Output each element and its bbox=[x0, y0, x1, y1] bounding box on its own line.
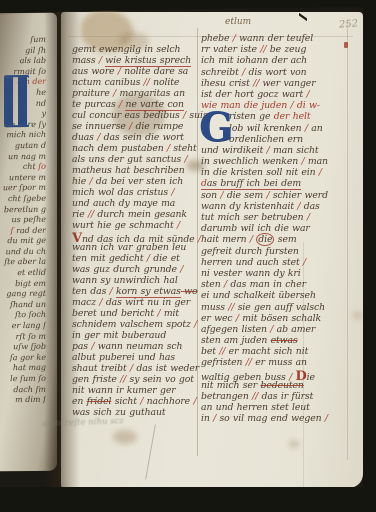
text-line: nit wann ir kumer ger bbox=[72, 385, 200, 396]
text-line: afgegen listen / ab amer bbox=[201, 324, 361, 335]
text-segment: gutan d bbox=[15, 141, 46, 150]
text-line: us peſhe bbox=[0, 215, 46, 226]
text-line: un nag m bbox=[0, 151, 46, 162]
folio-number: 252 bbox=[339, 18, 359, 30]
text-segment: / bbox=[86, 176, 96, 187]
text-segment: der helt bbox=[274, 111, 311, 122]
text-segment: us peſhe bbox=[11, 215, 46, 224]
text-segment: cul concur eas bedibus bbox=[72, 110, 180, 121]
text-segment: ten mit gedicht bbox=[72, 253, 143, 264]
text-segment: und du ch bbox=[6, 247, 46, 256]
text-line: und auch dy maye ma bbox=[72, 198, 200, 209]
text-line: in / so vil mag end wegen / bbox=[201, 413, 361, 424]
text-line: ich mit iohann der ach bbox=[201, 55, 361, 66]
text-segment: son bbox=[201, 190, 217, 201]
text-line: gil ſh bbox=[0, 45, 46, 56]
text-segment: / bbox=[232, 313, 242, 324]
text-segment: sie gen auff valsch bbox=[238, 302, 325, 313]
text-line: waltig geben buss / Die bbox=[201, 369, 361, 380]
text-line: schnidem valschem spotz / bbox=[72, 319, 200, 330]
text-line: gutan d bbox=[0, 141, 46, 152]
ink-mark bbox=[299, 12, 307, 22]
text-segment: sem bbox=[274, 234, 296, 245]
text-segment: ihesu crist bbox=[201, 78, 250, 89]
text-line: in ger mit buberaud bbox=[72, 330, 200, 341]
text-line: gefristen // er muss an bbox=[201, 357, 361, 368]
text-segment: mit bösen schalk bbox=[242, 313, 321, 324]
text-segment: bedeuten bbox=[260, 380, 303, 391]
text-line: sten / das man in cher bbox=[201, 279, 361, 290]
text-line: son / die sem / schier werd bbox=[201, 190, 361, 201]
text-segment: / bbox=[229, 33, 239, 44]
text-line: wann ich var graben leu bbox=[72, 242, 200, 253]
text-line: darumb wil ich die war bbox=[201, 223, 361, 234]
text-segment: wann neuman sch bbox=[98, 341, 183, 352]
text-segment: ie bbox=[307, 372, 315, 383]
text-line: ſum bbox=[0, 35, 46, 46]
text-segment: nit wann ir kumer ger bbox=[72, 385, 176, 396]
text-line: praiture / margaritas an bbox=[72, 88, 200, 99]
text-segment: / bbox=[177, 264, 183, 275]
text-segment: / bbox=[322, 413, 328, 424]
text-segment: margaritas an bbox=[120, 88, 185, 99]
text-line: dach ſm bbox=[0, 384, 46, 395]
text-line: er lang ſ bbox=[0, 321, 46, 332]
text-line: was guz durch grunde / bbox=[72, 264, 200, 275]
text-segment: das ir fürst bbox=[262, 391, 314, 402]
book-gutter-shadow bbox=[44, 6, 80, 488]
text-line: et etlid bbox=[0, 268, 46, 279]
text-segment: sten bbox=[201, 279, 221, 290]
text-segment: se innuerse bbox=[72, 121, 126, 132]
text-line: ni vester wann dy kri bbox=[201, 268, 361, 279]
text-segment: die et bbox=[153, 253, 180, 264]
text-line: ſ rad der bbox=[0, 226, 46, 237]
text-segment: gemt ewengilg in selch bbox=[72, 44, 180, 55]
text-segment: // bbox=[225, 302, 238, 313]
text-segment: gefreit durch fursten bbox=[201, 246, 299, 257]
text-segment: das wirt nu in ger bbox=[106, 297, 190, 308]
text-segment: m dim ſ bbox=[15, 395, 46, 404]
text-segment: hat mag bbox=[13, 363, 46, 372]
text-segment: mich wol das cristus bbox=[72, 187, 168, 198]
text-line: gang regt bbox=[0, 289, 46, 300]
text-line: ſa gor ke bbox=[0, 353, 46, 364]
text-segment: / bbox=[221, 279, 231, 290]
text-segment: als uns der gut sanctus bbox=[72, 154, 181, 165]
text-segment: muss bbox=[201, 302, 225, 313]
text-segment: / bbox=[239, 67, 249, 78]
text-segment: cht bbox=[23, 162, 38, 171]
text-segment: nolite bbox=[153, 77, 179, 88]
text-line: beretlun g bbox=[0, 204, 46, 215]
text-segment: / bbox=[116, 99, 126, 110]
text-segment: / bbox=[168, 187, 174, 198]
text-segment: rr vater iste bbox=[201, 44, 257, 55]
text-segment: in swechlich wenken bbox=[201, 156, 298, 167]
text-line: ſhand un bbox=[0, 300, 46, 311]
text-segment: risten ge bbox=[229, 111, 274, 122]
text-segment: das ist weder bbox=[136, 363, 199, 374]
text-segment: / bbox=[110, 88, 120, 99]
text-line: er wec / mit bösen schalk bbox=[201, 313, 361, 324]
text-segment: wer vanger bbox=[263, 78, 316, 89]
text-segment: / bbox=[96, 55, 106, 66]
text-segment: albut puberei und has bbox=[72, 352, 175, 363]
text-segment: wo bbox=[181, 286, 198, 297]
text-segment: / bbox=[304, 212, 310, 223]
text-segment: as bruff ich bei dem bbox=[207, 178, 301, 190]
text-line: ſto ſoch bbox=[0, 310, 46, 321]
text-line: uer ſpor m bbox=[0, 183, 46, 194]
text-line: nctum canibus // nolite bbox=[72, 77, 200, 88]
text-line: te purcas / ne varte con bbox=[72, 99, 200, 110]
text-segment: / bbox=[180, 110, 190, 121]
text-segment: / bbox=[154, 308, 164, 319]
text-segment: hait mern bbox=[201, 234, 247, 245]
text-segment: le ſum ſo bbox=[10, 374, 46, 383]
text-line: schreibt / dis wort von bbox=[201, 67, 361, 78]
text-segment: ich mit iohann der ach bbox=[201, 55, 307, 66]
text-segment: in bbox=[201, 413, 210, 424]
text-line: hat mag bbox=[0, 363, 46, 374]
text-segment: ſhand un bbox=[10, 300, 46, 309]
text-segment: rad der bbox=[16, 226, 46, 235]
text-segment: man sicht bbox=[273, 145, 319, 156]
text-segment: sten am juden bbox=[201, 335, 271, 346]
text-segment: ab amer bbox=[277, 324, 316, 335]
text-line: mich nich bbox=[0, 130, 46, 141]
text-segment: er wec bbox=[201, 313, 232, 324]
text-line: albut puberei und has bbox=[72, 352, 200, 363]
text-column-right: phebe / wann der teufelrr vater iste // … bbox=[201, 33, 361, 425]
text-segment: / bbox=[164, 143, 174, 154]
text-segment: die bbox=[256, 233, 274, 246]
text-segment: ſto ſoch bbox=[15, 310, 46, 319]
text-segment: / bbox=[127, 363, 137, 374]
text-line: sten am juden etwas bbox=[201, 335, 361, 346]
text-segment: nit mich ser bbox=[201, 380, 260, 391]
text-line: pas / wann neuman sch bbox=[72, 341, 200, 352]
text-segment: schnidem valschem spotz bbox=[72, 319, 191, 330]
text-line: mass / wie kristus sprech bbox=[72, 55, 200, 66]
text-line: als lab bbox=[0, 56, 46, 67]
text-line: aus wore / nolite dare sa bbox=[72, 66, 200, 77]
text-segment: / bbox=[263, 190, 273, 201]
text-line: tut mich ser betruben / bbox=[201, 212, 361, 223]
text-segment: das man in cher bbox=[230, 279, 306, 290]
text-line: ten mit gedicht / die et bbox=[72, 253, 200, 264]
text-line: shaut treibt / das ist weder bbox=[72, 363, 200, 374]
text-line: gefreit durch fursten bbox=[201, 246, 361, 257]
text-segment: matheus hat beschriben bbox=[72, 165, 185, 176]
text-line: rmgit ſo bbox=[0, 67, 46, 78]
text-segment: bigt em bbox=[15, 279, 46, 288]
text-segment: / bbox=[137, 396, 147, 407]
text-segment: das bbox=[304, 201, 320, 212]
photo-frame-bottom bbox=[0, 487, 376, 512]
text-segment: die rumpe bbox=[136, 121, 184, 132]
text-line: rſt ſo m bbox=[0, 331, 46, 342]
manuscript-photo: ſumgil ſhals labrmgit ſoam derhendyee bo… bbox=[0, 0, 376, 512]
text-segment: ni vester wann dy kri bbox=[201, 268, 301, 279]
text-segment: betrangen bbox=[201, 391, 249, 402]
text-segment: / bbox=[96, 297, 106, 308]
text-segment: gefristen bbox=[201, 357, 242, 368]
text-line: beret und bericht / mit bbox=[72, 308, 200, 319]
blue-lombard-initial: G bbox=[199, 108, 229, 150]
text-line: ihesu crist // wer vanger bbox=[201, 78, 361, 89]
text-segment: man bbox=[308, 156, 328, 167]
text-segment: was guz durch grunde bbox=[72, 264, 177, 275]
text-segment: dis wort von bbox=[249, 67, 307, 78]
text-segment: / bbox=[94, 132, 104, 143]
text-line: ei und schalkeit überseh bbox=[201, 290, 361, 301]
text-line: gemt ewengilg in selch bbox=[72, 44, 200, 55]
text-segment: durch mein gesank bbox=[97, 209, 186, 220]
text-segment: schreibt bbox=[201, 67, 239, 78]
text-segment: etwas bbox=[271, 335, 298, 346]
text-segment: / bbox=[126, 121, 136, 132]
text-line: Vnd das ich da mit sünde / bbox=[72, 231, 200, 242]
text-segment: mich nich bbox=[6, 130, 46, 139]
text-segment: rſt ſo m bbox=[16, 331, 46, 340]
text-segment: wurt hie ge schmacht bbox=[72, 220, 174, 231]
text-segment: / bbox=[217, 190, 227, 201]
text-segment: darumb wil ich die war bbox=[201, 223, 310, 234]
text-segment: afgegen listen bbox=[201, 324, 267, 335]
text-segment: // bbox=[257, 44, 270, 55]
text-line: m dim ſ bbox=[0, 395, 46, 406]
text-segment: gang regt bbox=[6, 289, 46, 298]
text-line: duas / das sein die wort bbox=[72, 132, 200, 143]
text-segment: er muss an bbox=[255, 357, 307, 368]
text-segment: in ger mit buberaud bbox=[72, 330, 166, 341]
text-segment: / bbox=[174, 220, 180, 231]
text-segment: die sem bbox=[227, 190, 263, 201]
text-line: ten das / korn sy etwas wo bbox=[72, 286, 200, 297]
text-segment: so vil mag end wegen bbox=[220, 413, 322, 424]
text-segment: / bbox=[294, 201, 304, 212]
photo-frame-right bbox=[363, 0, 376, 512]
text-segment: / bbox=[195, 234, 201, 245]
text-segment: // bbox=[85, 209, 98, 220]
text-segment: mit bbox=[164, 308, 179, 319]
text-line: hait mern / die sem bbox=[201, 234, 361, 245]
text-line: in swechlich wenken / man bbox=[201, 156, 361, 167]
text-segment: bet bbox=[201, 346, 216, 357]
text-line: le ſum ſo bbox=[0, 374, 46, 385]
text-segment: / bbox=[143, 253, 153, 264]
parchment-stain bbox=[289, 440, 299, 448]
text-segment: un nag m bbox=[8, 151, 46, 160]
text-segment: phebe bbox=[201, 33, 229, 44]
text-line: wurt hie ge schmacht / bbox=[72, 220, 200, 231]
text-segment: als lab bbox=[20, 56, 46, 65]
text-line: du mit ge bbox=[0, 236, 46, 247]
text-segment: sicht bbox=[111, 396, 137, 407]
text-line: hie / da bei ver sten ich bbox=[72, 176, 200, 187]
text-segment: // bbox=[216, 346, 229, 357]
text-segment: dach ſm bbox=[13, 384, 46, 393]
text-segment: / bbox=[302, 123, 312, 134]
text-segment: // bbox=[242, 357, 255, 368]
text-segment: / bbox=[114, 66, 124, 77]
text-segment: tut mich ser betruben bbox=[201, 212, 304, 223]
text-segment: / bbox=[247, 234, 257, 245]
text-segment: untere m bbox=[9, 173, 46, 182]
text-segment: ist der hort gocz wart bbox=[201, 89, 303, 100]
text-segment: wann sy unwirdich hal bbox=[72, 275, 178, 286]
text-line: nach dem pustaben / steht bbox=[72, 143, 200, 154]
text-line: cht ſgebe bbox=[0, 194, 46, 205]
text-segment: ordenlichen ern bbox=[229, 134, 303, 145]
text-segment: // bbox=[250, 78, 263, 89]
text-segment: shaut treibt bbox=[72, 363, 127, 374]
text-segment: wann dy kristenhait bbox=[201, 201, 294, 212]
text-line: en fridel sicht / nachhore / bbox=[72, 396, 200, 407]
text-segment: nach dem pustaben bbox=[72, 143, 164, 154]
text-segment: in die kristen soll nit ein bbox=[201, 167, 316, 178]
text-segment: an bbox=[311, 123, 322, 134]
text-segment: / bbox=[106, 286, 116, 297]
text-segment: steht bbox=[173, 143, 196, 154]
text-line: macz / das wirt nu in ger bbox=[72, 297, 200, 308]
text-line: in die kristen soll nit ein / bbox=[201, 167, 361, 178]
text-segment: d bbox=[201, 178, 207, 190]
text-segment: er macht sich nit bbox=[229, 346, 309, 357]
text-line: se innuerse / die rumpe bbox=[72, 121, 200, 132]
text-segment: er lang ſ bbox=[12, 321, 46, 330]
text-line: untere m bbox=[0, 173, 46, 184]
text-segment: an und herren stet leut bbox=[201, 402, 310, 413]
text-line: das bruff ich bei dem bbox=[201, 178, 361, 189]
text-line: als uns der gut sanctus / bbox=[72, 154, 200, 165]
text-line: an und herren stet leut bbox=[201, 402, 361, 413]
text-segment: / bbox=[190, 396, 196, 407]
facing-page-blue-initial bbox=[4, 77, 29, 125]
text-segment: ſa gor ke bbox=[10, 353, 46, 362]
text-segment: da bei ver sten ich bbox=[96, 176, 183, 187]
text-column-left: gemt ewengilg in selchmass / wie kristus… bbox=[72, 44, 200, 418]
text-segment: sy sein vo got bbox=[130, 374, 194, 385]
text-segment: / bbox=[191, 319, 197, 330]
text-segment: schier werd bbox=[273, 190, 328, 201]
text-segment: / bbox=[303, 89, 309, 100]
text-segment: // bbox=[140, 77, 153, 88]
text-line: herren und auch stet / bbox=[201, 257, 361, 268]
text-segment: / bbox=[88, 341, 98, 352]
parchment-stain bbox=[113, 430, 137, 444]
text-line: rr vater iste // be zeug bbox=[201, 44, 361, 55]
text-line: cht ſo bbox=[0, 162, 46, 173]
text-segment: / bbox=[298, 156, 308, 167]
text-segment: lob wil krenken bbox=[229, 123, 302, 134]
text-segment: et etlid bbox=[17, 268, 46, 277]
text-segment: / bbox=[210, 413, 220, 424]
text-segment: beret und bericht bbox=[72, 308, 154, 319]
text-segment: / bbox=[267, 324, 277, 335]
text-segment: und auch dy maye ma bbox=[72, 198, 175, 209]
text-segment: be zeug bbox=[270, 44, 307, 55]
text-line: ſte aber la bbox=[0, 257, 46, 268]
text-segment: / bbox=[263, 145, 273, 156]
text-segment: fridel bbox=[87, 396, 112, 407]
text-segment: uſw ſjob bbox=[13, 342, 46, 351]
text-line: rie // durch mein gesank bbox=[72, 209, 200, 220]
text-line: bigt em bbox=[0, 279, 46, 290]
text-line: matheus hat beschriben bbox=[72, 165, 200, 176]
text-line: muss // sie gen auff valsch bbox=[201, 302, 361, 313]
text-segment: nolite dare sa bbox=[124, 66, 188, 77]
text-segment: nachhore bbox=[147, 396, 190, 407]
text-line: uſw ſjob bbox=[0, 342, 46, 353]
text-segment: / bbox=[300, 257, 306, 268]
text-segment: du mit ge bbox=[7, 236, 46, 245]
text-segment: // bbox=[249, 391, 262, 402]
text-segment: beretlun g bbox=[4, 204, 46, 213]
text-segment: herren und auch stet bbox=[201, 257, 300, 268]
text-segment: das sein die wort bbox=[104, 132, 184, 143]
text-segment: uer ſpor m bbox=[3, 183, 46, 192]
text-segment: ei und schalkeit überseh bbox=[201, 290, 316, 301]
text-segment: rmgit ſo bbox=[13, 67, 46, 76]
text-line: ist der hort gocz wart / bbox=[201, 89, 361, 100]
text-line: nit mich ser bedeuten bbox=[201, 380, 361, 391]
text-line: bet // er macht sich nit bbox=[201, 346, 361, 357]
text-line: mich wol das cristus / bbox=[72, 187, 200, 198]
text-segment: gil ſh bbox=[25, 45, 46, 54]
text-segment: // bbox=[117, 374, 130, 385]
text-line: wann sy unwirdich hal bbox=[72, 275, 200, 286]
text-line: betrangen // das ir fürst bbox=[201, 391, 361, 402]
text-line: cul concur eas bedibus / suis bbox=[72, 110, 200, 121]
text-segment: / bbox=[181, 154, 187, 165]
text-segment: wann der teufel bbox=[239, 33, 313, 44]
text-line: gen friste // sy sein vo got bbox=[72, 374, 200, 385]
header-catchword: etlum bbox=[225, 17, 251, 27]
text-segment: nctum canibus bbox=[72, 77, 140, 88]
text-line: und du ch bbox=[0, 247, 46, 258]
text-line: wann dy kristenhait / das bbox=[201, 201, 361, 212]
text-line: phebe / wann der teufel bbox=[201, 33, 361, 44]
text-segment: / bbox=[316, 167, 322, 178]
text-segment: cht ſgebe bbox=[8, 194, 46, 203]
text-segment: wann ich var graben leu bbox=[72, 242, 186, 253]
text-segment: ſte aber la bbox=[4, 257, 46, 266]
